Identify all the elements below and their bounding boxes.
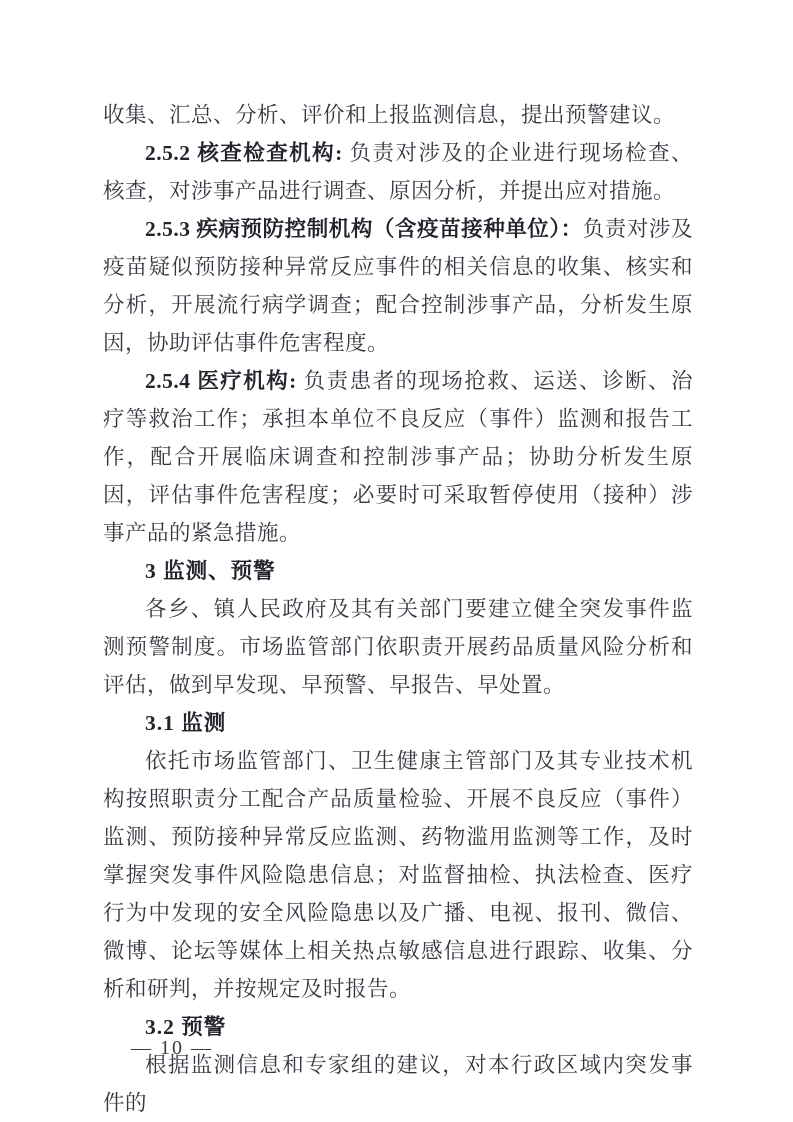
paragraph-2-5-1-continuation-text: 收集、汇总、分析、评价和上报监测信息，提出预警建议。 [103, 103, 675, 127]
section-3-heading-text: 3 监测、预警 [145, 559, 276, 583]
paragraph-3-1: 依托市场监管部门、卫生健康主管部门及其专业技术机构按照职责分工配合产品质量检验、… [103, 742, 693, 1008]
paragraph-3-intro-text: 各乡、镇人民政府及其有关部门要建立健全突发事件监测预警制度。市场监管部门依职责开… [103, 597, 693, 697]
section-3-heading: 3 监测、预警 [103, 552, 693, 590]
paragraph-2-5-2-lead: 2.5.2 核查检查机构: [145, 141, 343, 165]
page-number: — 10 — [131, 1035, 213, 1061]
paragraph-2-5-3: 2.5.3 疾病预防控制机构（含疫苗接种单位）：负责对涉及疫苗疑似预防接种异常反… [103, 210, 693, 362]
section-3-1-heading: 3.1 监测 [103, 704, 693, 742]
paragraph-2-5-4-text: 负责患者的现场抢救、运送、诊断、治疗等救治工作；承担本单位不良反应（事件）监测和… [103, 369, 693, 545]
document-page: 收集、汇总、分析、评价和上报监测信息，提出预警建议。 2.5.2 核查检查机构:… [0, 0, 793, 1122]
page-body-text: 收集、汇总、分析、评价和上报监测信息，提出预警建议。 2.5.2 核查检查机构:… [103, 96, 693, 1122]
paragraph-2-5-3-lead: 2.5.3 疾病预防控制机构（含疫苗接种单位）： [145, 217, 583, 241]
paragraph-2-5-2: 2.5.2 核查检查机构: 负责对涉及的企业进行现场检查、核查，对涉事产品进行调… [103, 134, 693, 210]
paragraph-2-5-1-continuation: 收集、汇总、分析、评价和上报监测信息，提出预警建议。 [103, 96, 693, 134]
paragraph-2-5-4: 2.5.4 医疗机构: 负责患者的现场抢救、运送、诊断、治疗等救治工作；承担本单… [103, 362, 693, 552]
paragraph-3-intro: 各乡、镇人民政府及其有关部门要建立健全突发事件监测预警制度。市场监管部门依职责开… [103, 590, 693, 704]
paragraph-2-5-4-lead: 2.5.4 医疗机构: [145, 369, 297, 393]
paragraph-3-2-text: 根据监测信息和专家组的建议，对本行政区域内突发事件的 [103, 1053, 693, 1115]
paragraph-3-1-text: 依托市场监管部门、卫生健康主管部门及其专业技术机构按照职责分工配合产品质量检验、… [103, 749, 693, 1001]
section-3-1-heading-text: 3.1 监测 [145, 711, 226, 735]
